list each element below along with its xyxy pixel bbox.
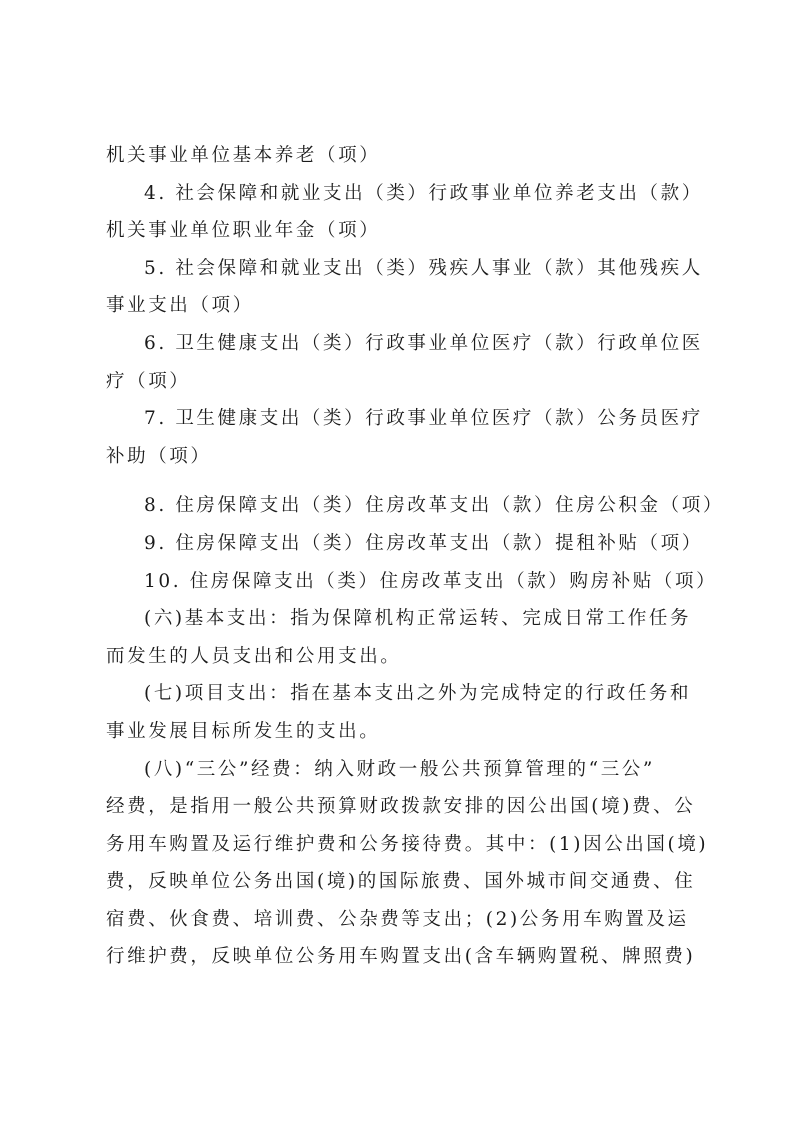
text-line: (六)基本支出：指为保障机构正常运转、完成日常工作任务 (106, 600, 692, 638)
text-line: 10. 住房保障支出（类）住房改革支出（款）购房补贴（项） (106, 563, 692, 601)
text-line: 7. 卫生健康支出（类）行政事业单位医疗（款）公务员医疗 (106, 400, 692, 438)
text-line: 事业发展目标所发生的支出。 (106, 713, 692, 751)
text-line: 事业支出（项） (106, 287, 692, 325)
text-line: 务用车购置及运行维护费和公务接待费。其中：(1)因公出国(境) (106, 826, 692, 864)
text-line: 机关事业单位基本养老（项） (106, 137, 692, 175)
text-line: 4. 社会保障和就业支出（类）行政事业单位养老支出（款） (106, 175, 692, 213)
text-line: 疗（项） (106, 363, 692, 401)
text-line: 8. 住房保障支出（类）住房改革支出（款）住房公积金（项） (106, 487, 692, 525)
text-line: (八)“三公”经费：纳入财政一般公共预算管理的“三公” (106, 751, 692, 789)
text-line: 5. 社会保障和就业支出（类）残疾人事业（款）其他残疾人 (106, 250, 692, 288)
text-line: 经费，是指用一般公共预算财政拨款安排的因公出国(境)费、公 (106, 788, 692, 826)
text-line: 6. 卫生健康支出（类）行政事业单位医疗（款）行政单位医 (106, 325, 692, 363)
text-line: (七)项目支出：指在基本支出之外为完成特定的行政任务和 (106, 675, 692, 713)
text-line: 而发生的人员支出和公用支出。 (106, 638, 692, 676)
text-line: 宿费、伙食费、培训费、公杂费等支出；(2)公务用车购置及运 (106, 901, 692, 939)
paragraph-gap (106, 475, 692, 487)
text-line: 行维护费，反映单位公务用车购置支出(含车辆购置税、牌照费) (106, 938, 692, 976)
text-line: 9. 住房保障支出（类）住房改革支出（款）提租补贴（项） (106, 525, 692, 563)
document-page: 机关事业单位基本养老（项） 4. 社会保障和就业支出（类）行政事业单位养老支出（… (106, 137, 692, 976)
text-line: 机关事业单位职业年金（项） (106, 212, 692, 250)
text-line: 补助（项） (106, 438, 692, 476)
text-line: 费，反映单位公务出国(境)的国际旅费、国外城市间交通费、住 (106, 863, 692, 901)
